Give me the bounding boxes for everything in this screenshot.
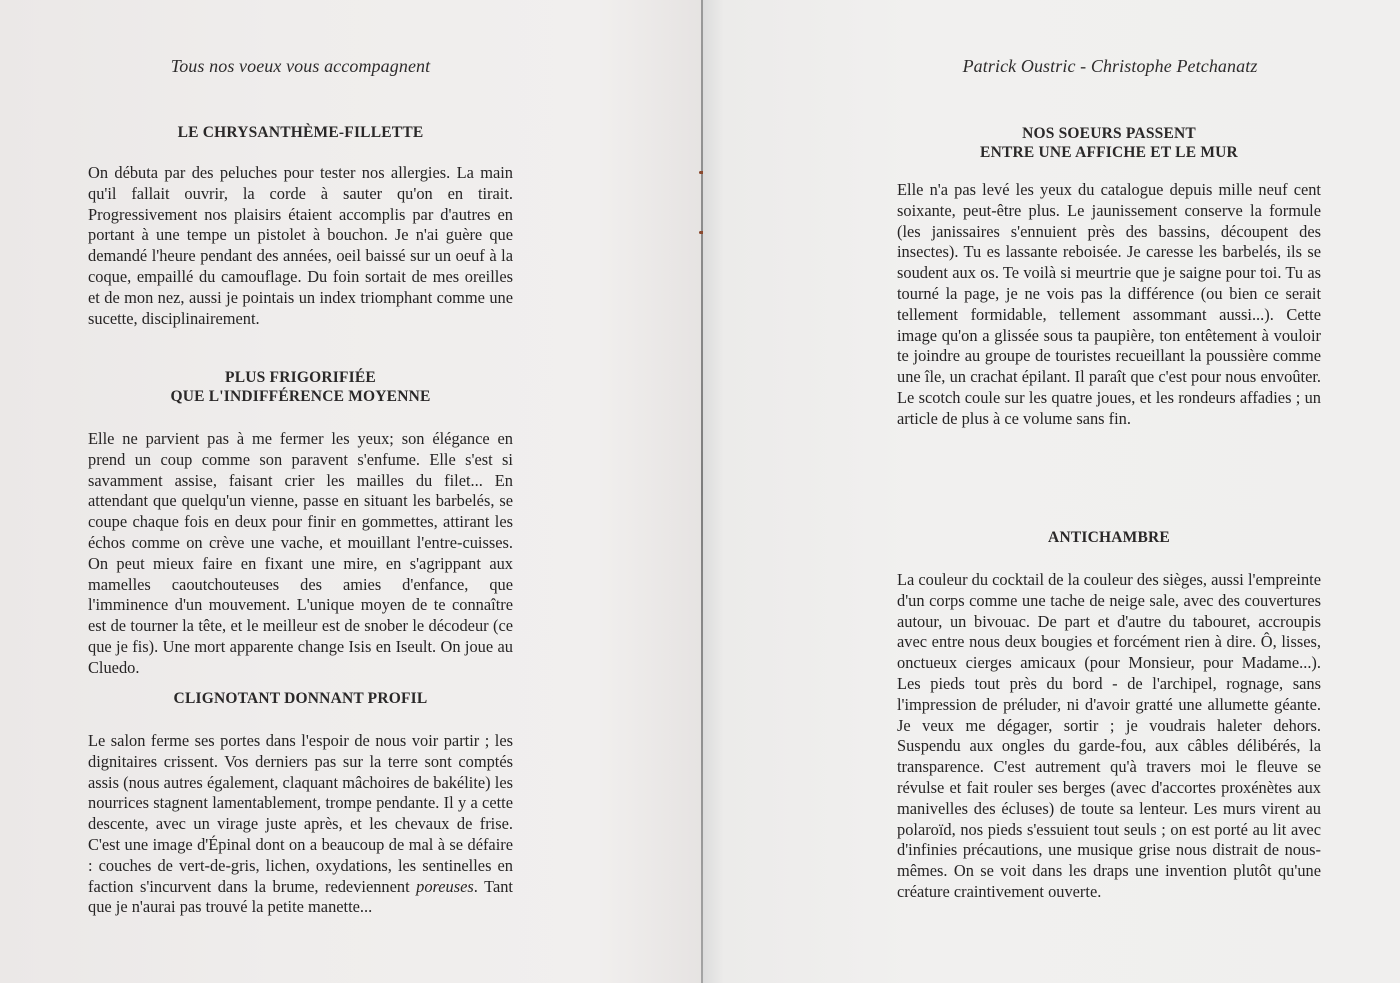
section-body: Le salon ferme ses portes dans l'espoir … [88, 731, 513, 918]
section-title: ANTICHAMBRE [897, 528, 1321, 547]
section-title: CLIGNOTANT DONNANT PROFIL [88, 689, 513, 708]
section-title-line-1: NOS SOEURS PASSENT [897, 124, 1321, 143]
right-page: Patrick Oustric - Christophe Petchanatz … [703, 0, 1400, 983]
section-clignotant: CLIGNOTANT DONNANT PROFIL Le salon ferme… [88, 689, 513, 918]
section-body: Elle n'a pas levé les yeux du catalogue … [897, 180, 1321, 430]
section-body: Elle ne parvient pas à me fermer les yeu… [88, 429, 513, 679]
body-text: Le salon ferme ses portes dans l'espoir … [88, 731, 513, 896]
section-frigorifiee: PLUS FRIGORIFIÉE QUE L'INDIFFÉRENCE MOYE… [88, 368, 513, 679]
section-title-line-2: ENTRE UNE AFFICHE ET LE MUR [897, 143, 1321, 162]
section-title: LE CHRYSANTHÈME-FILLETTE [88, 123, 513, 142]
section-chrysantheme: LE CHRYSANTHÈME-FILLETTE On débuta par d… [88, 123, 513, 329]
section-body: La couleur du cocktail de la couleur des… [897, 570, 1321, 903]
section-nos-soeurs: NOS SOEURS PASSENT ENTRE UNE AFFICHE ET … [897, 124, 1321, 430]
section-title-line-1: PLUS FRIGORIFIÉE [88, 368, 513, 387]
body-italic-text: poreuses [416, 877, 474, 896]
section-antichambre: ANTICHAMBRE La couleur du cocktail de la… [897, 528, 1321, 903]
right-running-head: Patrick Oustric - Christophe Petchanatz [898, 56, 1322, 77]
section-title-line-2: QUE L'INDIFFÉRENCE MOYENNE [88, 387, 513, 406]
left-running-head: Tous nos voeux vous accompagnent [88, 56, 513, 77]
left-page: Tous nos voeux vous accompagnent LE CHRY… [0, 0, 702, 983]
book-spread: Tous nos voeux vous accompagnent LE CHRY… [0, 0, 1400, 983]
section-body: On débuta par des peluches pour tester n… [88, 163, 513, 329]
